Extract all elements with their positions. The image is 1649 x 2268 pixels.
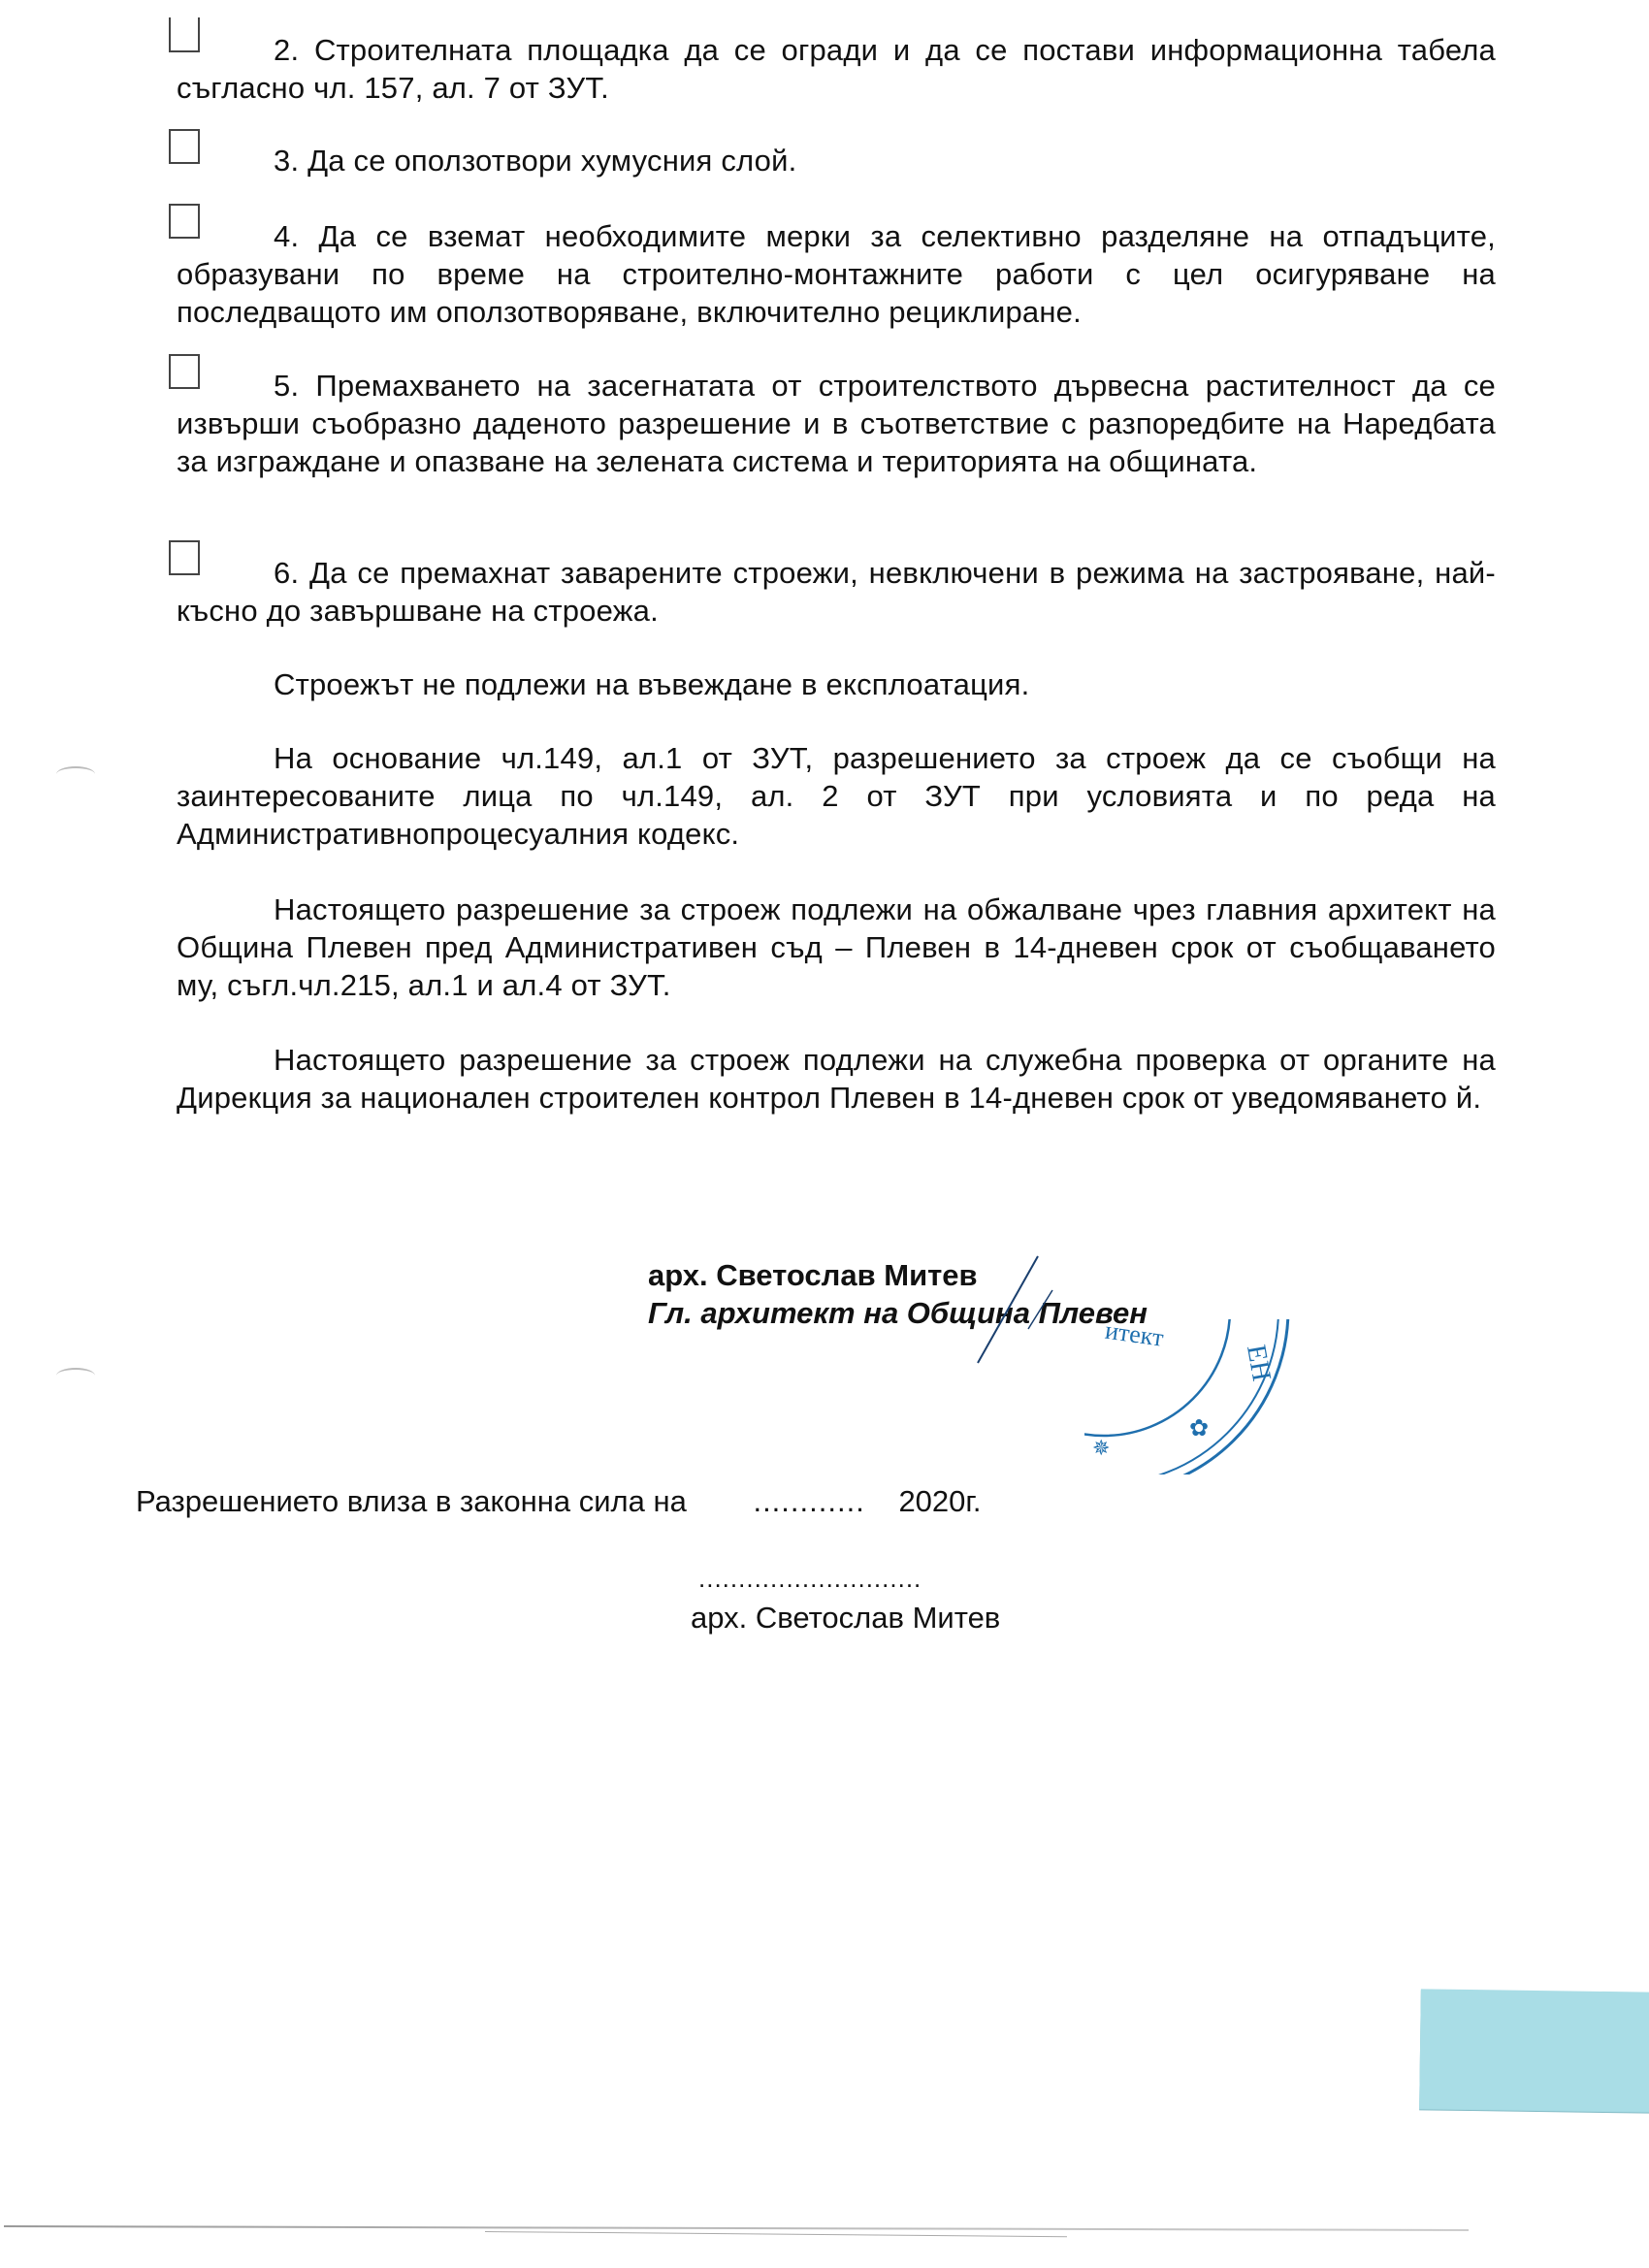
not-subject-paragraph: Строежът не подлежи на въвеждане в експл… [177, 665, 1496, 703]
bottom-signatory-name: арх. Светослав Митев [691, 1601, 1000, 1636]
signature-dots-line: ............................ [698, 1564, 921, 1594]
stamp-ring-text: ЕН [1241, 1343, 1277, 1383]
paragraph-text: Настоящето разрешение за строеж подлежи … [177, 1043, 1496, 1115]
signatory-name: арх. Светослав Митев [648, 1258, 978, 1293]
appeal-paragraph: Настоящето разрешение за строеж подлежи … [177, 891, 1496, 1004]
effective-date-line: Разрешението влиза в законна сила на ...… [136, 1484, 982, 1519]
punch-hole-mark [56, 766, 95, 782]
condition-2: 2. Строителната площадка да се огради и … [177, 31, 1496, 107]
condition-4: 4. Да се вземат необходимите мерки за се… [177, 217, 1496, 331]
svg-text:✵: ✵ [1092, 1436, 1110, 1460]
sticky-note [1419, 1989, 1649, 2112]
document-page: 2. Строителната площадка да се огради и … [0, 0, 1649, 2268]
condition-number: 4. [274, 219, 299, 253]
paragraph-text: На основание чл.149, ал.1 от ЗУТ, разреш… [177, 741, 1496, 851]
condition-number: 5. [274, 369, 299, 403]
svg-text:✿: ✿ [1189, 1415, 1209, 1442]
scan-edge-line [4, 2225, 1469, 2231]
condition-text-rest: образувани по време на строително-монтаж… [177, 257, 1496, 329]
condition-text: Да се премахнат заварените строежи, невк… [309, 556, 1424, 590]
condition-text: Да се вземат необходимите мерки за селек… [319, 219, 1496, 253]
inspection-paragraph: Настоящето разрешение за строеж подлежи … [177, 1041, 1496, 1117]
condition-text: Премахването на засегнатата от строителс… [315, 369, 1446, 403]
effective-date-label: Разрешението влиза в законна сила на [136, 1484, 687, 1518]
punch-hole-mark [56, 1368, 95, 1383]
paragraph-text: Настоящето разрешение за строеж подлежи … [177, 892, 1496, 1002]
condition-text: Да се оползотвори хумусния слой. [307, 144, 796, 178]
notification-paragraph: На основание чл.149, ал.1 от ЗУТ, разреш… [177, 739, 1496, 853]
condition-number: 3. [274, 144, 299, 178]
scan-edge-line [485, 2231, 1067, 2237]
condition-text: Строителната площадка да се огради и да … [314, 33, 1382, 67]
condition-3: 3. Да се оползотвори хумусния слой. [177, 142, 1496, 179]
condition-5: 5. Премахването на засегнатата от строит… [177, 367, 1496, 480]
stamp-partial-text: итект [1104, 1319, 1166, 1352]
condition-number: 6. [274, 556, 299, 590]
official-stamp-icon: итект ЕН ✵ ✿ [1084, 1319, 1298, 1474]
paragraph-text: Строежът не подлежи на въвеждане в експл… [274, 667, 1029, 701]
effective-date-year: 2020г. [898, 1484, 981, 1518]
condition-6: 6. Да се премахнат заварените строежи, н… [177, 554, 1496, 630]
signatory-title: Гл. архитект на Община Плевен [648, 1296, 1148, 1331]
signature-stroke-icon [970, 1251, 1057, 1368]
effective-date-blank: ............ [753, 1484, 864, 1518]
condition-number: 2. [274, 33, 299, 67]
